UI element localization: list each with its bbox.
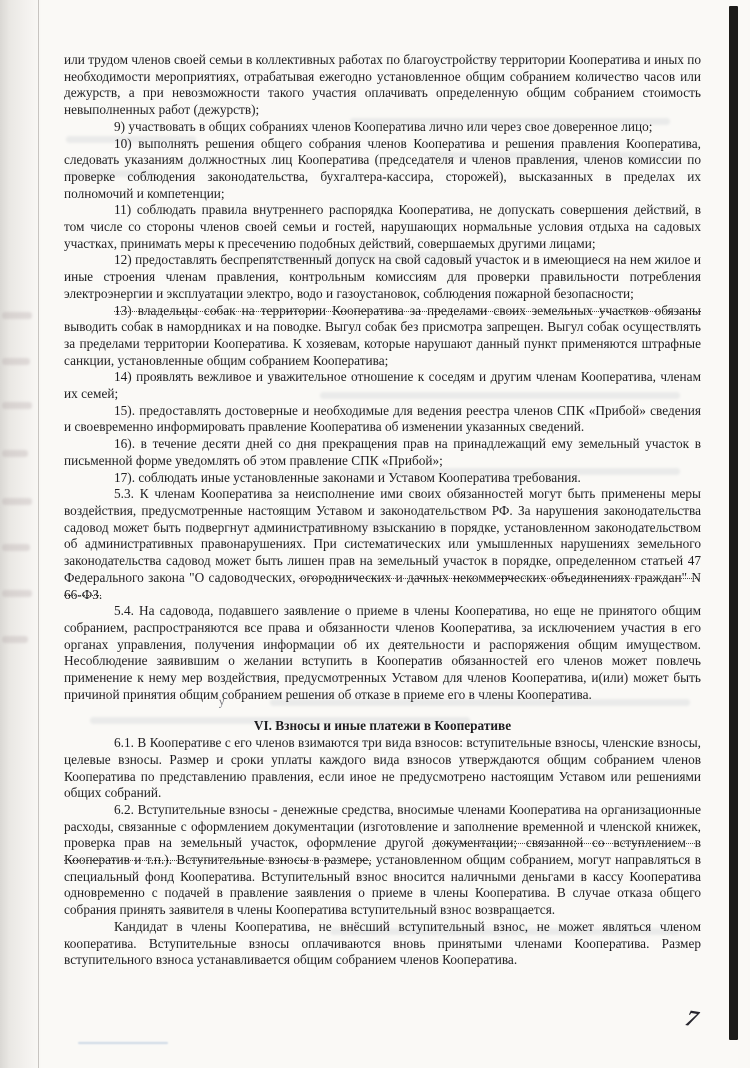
paragraph: 16). в течение десяти дней со дня прекра… (64, 436, 701, 469)
scanned-document-page: или трудом членов своей семьи в коллекти… (0, 0, 750, 1068)
paragraph: 9) участвовать в общих собраниях членов … (64, 119, 701, 136)
paragraph: 11) соблюдать правила внутреннего распор… (64, 202, 701, 252)
bleed-through-smudge (2, 358, 30, 365)
text-segment: 6.1. В Кооперативе с его членов взимаютс… (64, 735, 701, 800)
bleed-through-smudge (2, 312, 32, 319)
text-segment: VI. Взносы и иные платежи в Кооперативе (254, 718, 511, 733)
document-text: или трудом членов своей семьи в коллекти… (64, 52, 701, 969)
paragraph: 13) владельцы собак на территории Коопер… (64, 303, 701, 370)
text-segment: Кандидат в члены Кооператива, не внёсший… (64, 919, 701, 967)
struck-text-segment: 13) владельцы собак на территории Коопер… (114, 303, 701, 318)
text-segment: 17). соблюдать иные установленные закона… (114, 470, 581, 485)
paragraph: 6.2. Вступительные взносы - денежные сре… (64, 802, 701, 919)
page-fold-line (38, 0, 39, 1068)
paragraph: 14) проявлять вежливое и уважительное от… (64, 369, 701, 402)
paragraph: 5.3. К членам Кооператива за неисполнени… (64, 486, 701, 603)
text-segment: или трудом членов своей семьи в коллекти… (64, 52, 701, 117)
paragraph: 12) предоставлять беспрепятственный допу… (64, 252, 701, 302)
text-segment: 10) выполнять решения общего собрания чл… (64, 136, 701, 201)
scanner-edge-bar (729, 6, 738, 1040)
text-segment: выводить собак в намордниках и на поводк… (64, 319, 701, 367)
text-segment: 12) предоставлять беспрепятственный допу… (64, 252, 701, 300)
text-segment: 15). предоставлять достоверные и необход… (64, 403, 701, 435)
bleed-through-smudge (2, 498, 32, 505)
text-segment: 11) соблюдать правила внутреннего распор… (64, 202, 701, 250)
section-heading: VI. Взносы и иные платежи в Кооперативе (64, 718, 701, 735)
bleed-through-smudge (2, 590, 32, 597)
bleed-through-smudge (2, 636, 28, 643)
paragraph: 5.4. На садовода, подавшего заявление о … (64, 603, 701, 703)
text-segment: 9) участвовать в общих собраниях членов … (114, 119, 652, 134)
paragraph: 17). соблюдать иные установленные закона… (64, 470, 701, 487)
text-segment: 16). в течение десяти дней со дня прекра… (64, 436, 701, 468)
paragraph: или трудом членов своей семьи в коллекти… (64, 52, 701, 119)
bleed-through-smudge (2, 450, 28, 457)
paragraph: Кандидат в члены Кооператива, не внёсший… (64, 919, 701, 969)
paragraph: 15). предоставлять достоверные и необход… (64, 403, 701, 436)
bleed-through-smudge (2, 544, 30, 551)
text-segment: 5.4. На садовода, подавшего заявление о … (64, 603, 701, 702)
bleed-through-smudge (2, 402, 32, 409)
bleed-through-smudge (78, 1042, 168, 1044)
paragraph: 6.1. В Кооперативе с его членов взимаютс… (64, 735, 701, 802)
paragraph: 10) выполнять решения общего собрания чл… (64, 136, 701, 203)
text-segment: 14) проявлять вежливое и уважительное от… (64, 369, 701, 401)
page-left-gutter (0, 0, 42, 1068)
handwritten-page-number: 7 (683, 1005, 701, 1032)
